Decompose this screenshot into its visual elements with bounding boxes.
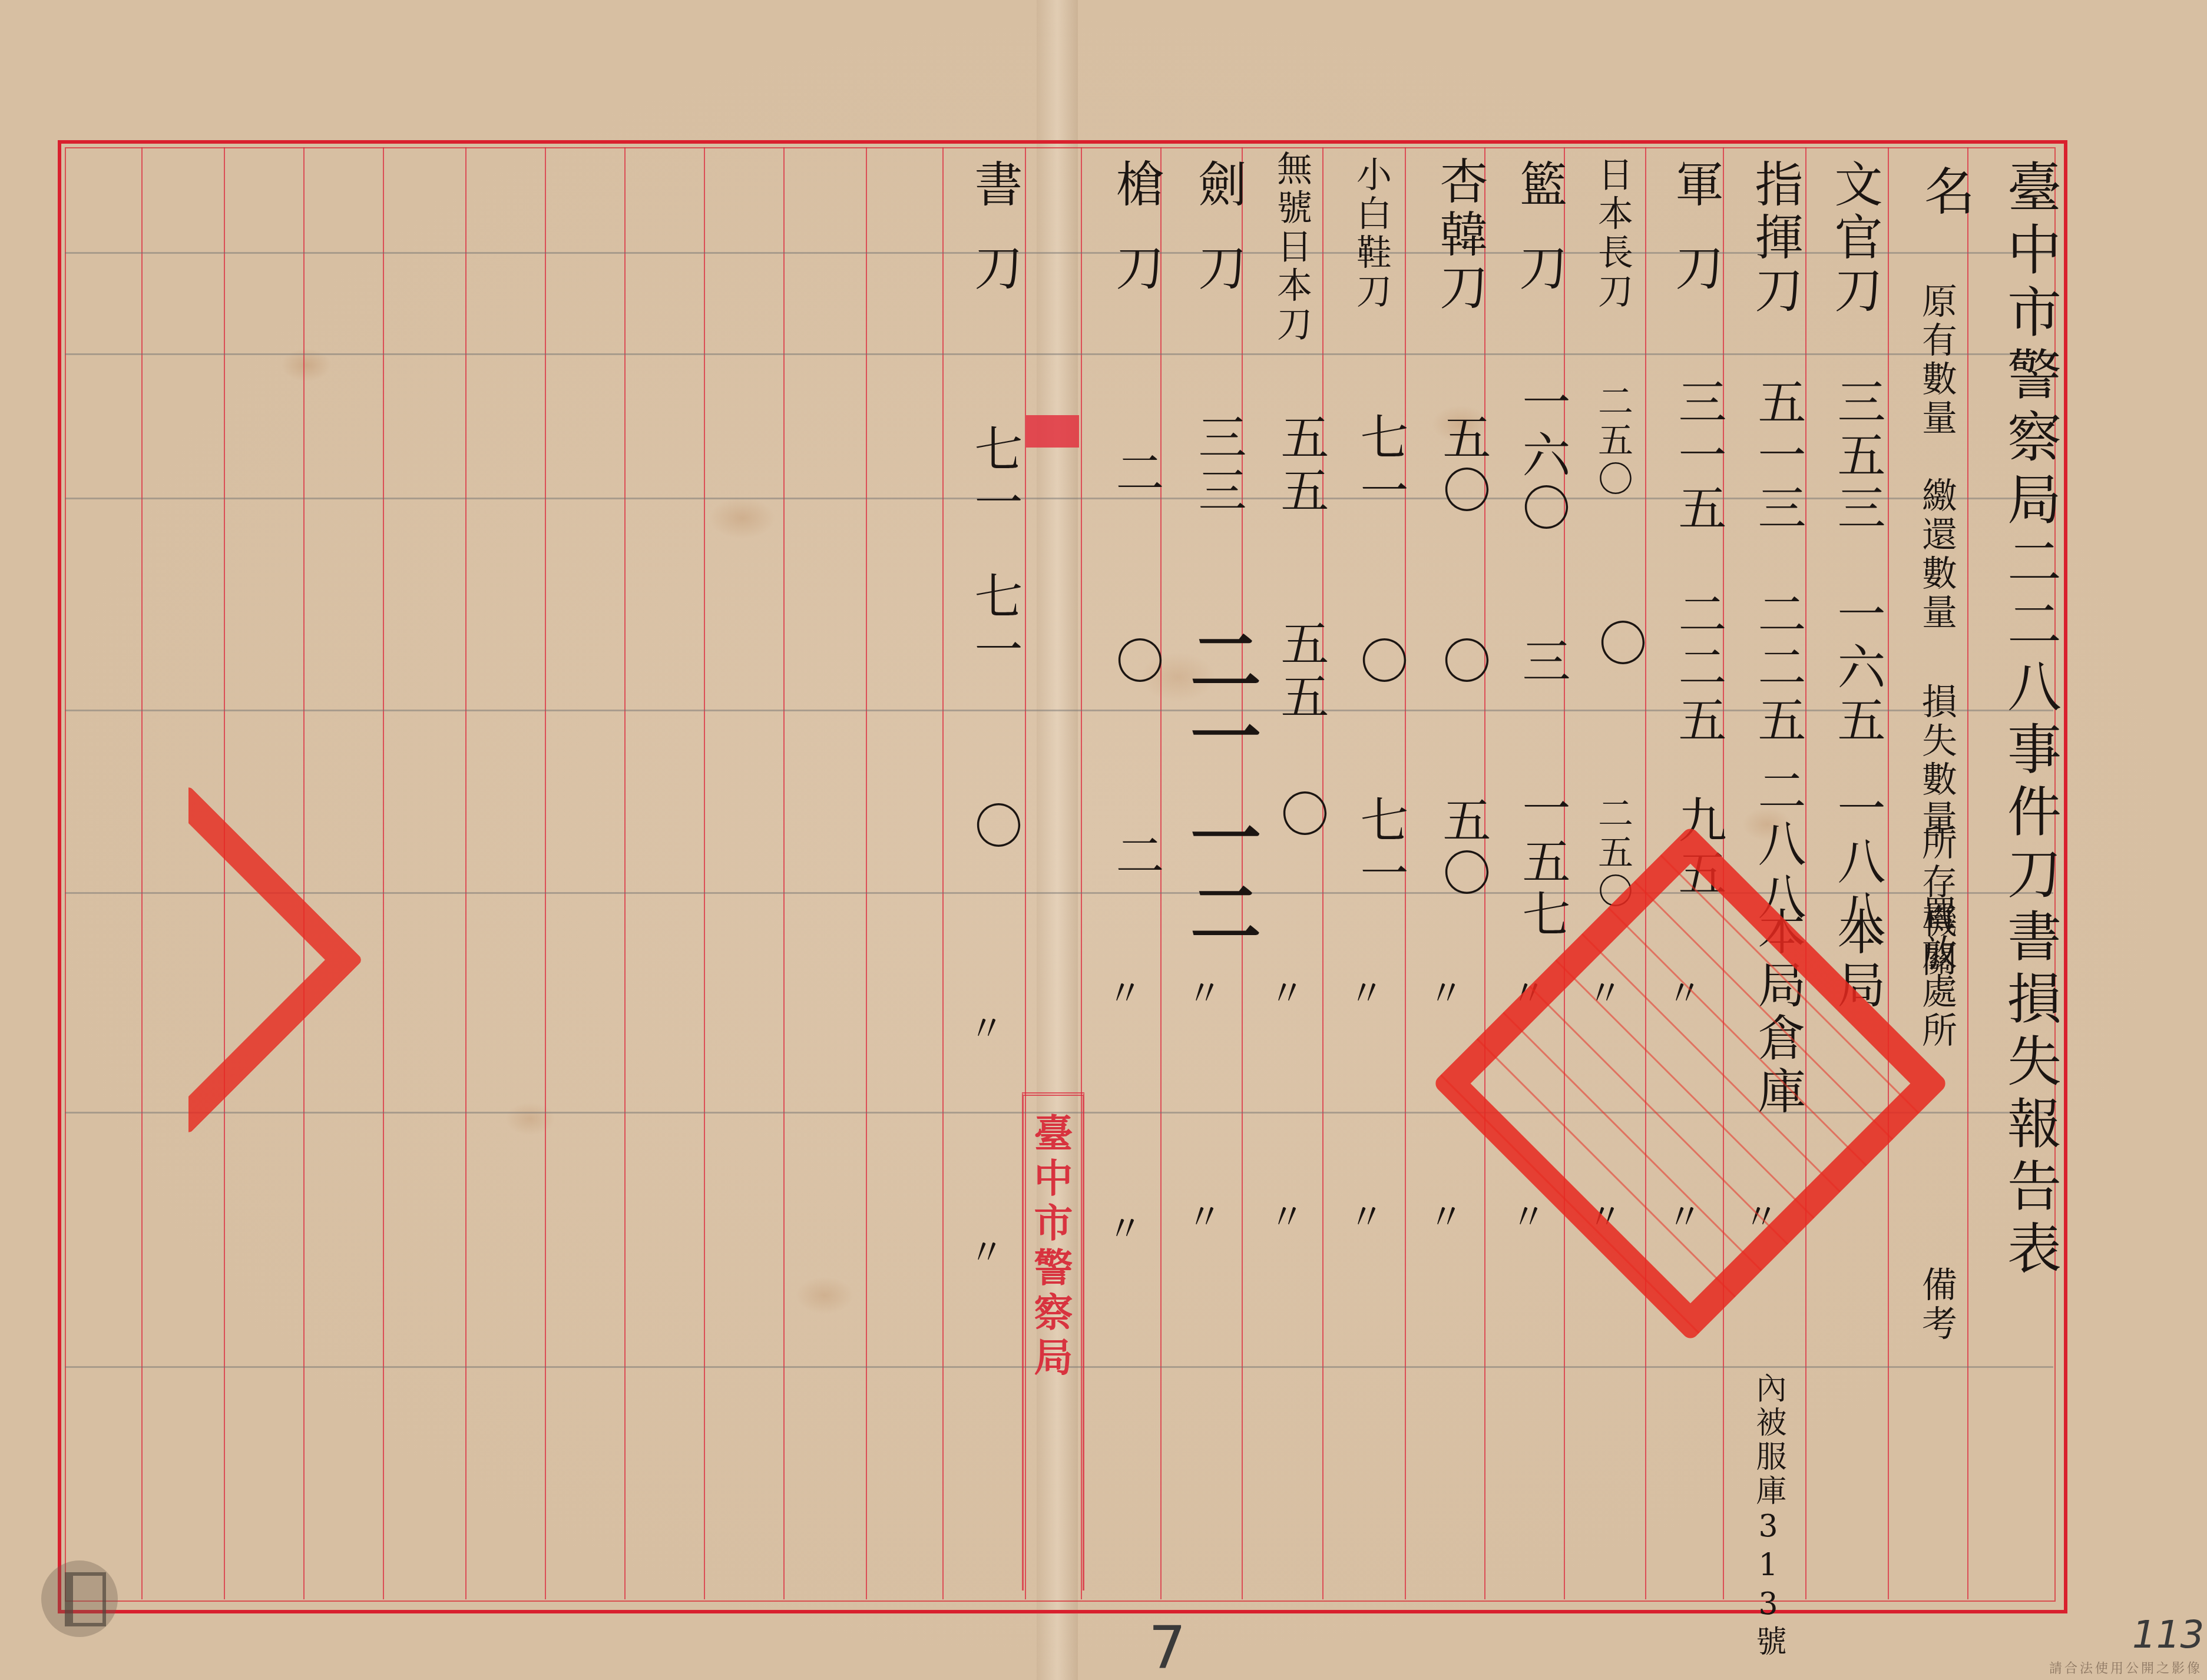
ditto-mark: 〃 [1428, 966, 1464, 1016]
storage-note: 內被服庫313號 [1746, 1372, 1791, 1659]
ditto-mark: 〃 [1349, 1189, 1384, 1240]
ditto-mark: 〃 [969, 1225, 1004, 1275]
row-original: 三三 [1184, 412, 1253, 518]
row-name: 劍刀 [1184, 159, 1253, 326]
row-returned: 〇 [1428, 636, 1497, 689]
row-original: 三五三 [1823, 377, 1892, 536]
row-returned: 二一 [1169, 624, 1270, 775]
column-rule [1322, 147, 1323, 1599]
row-lost: 七一 [1346, 795, 1415, 901]
row-original: 二 [1101, 448, 1170, 501]
header-original-qty: 原有數量 [1911, 283, 1962, 438]
row-returned: 〇 [1101, 636, 1170, 689]
ditto-mark: 〃 [1107, 1201, 1143, 1252]
row-returned: 二二五 [1664, 589, 1733, 748]
row-name: 軍刀 [1661, 159, 1730, 326]
row-original: 五一三 [1743, 377, 1812, 536]
row-original: 三一五 [1664, 377, 1733, 536]
column-rule [624, 147, 626, 1599]
usage-watermark: 請合法使用公開之影像 [2049, 1658, 2202, 1676]
row-original: 二五〇 [1587, 383, 1638, 499]
page-number: 7 [1149, 1613, 1186, 1680]
header-returned-qty: 繳還數量 [1911, 477, 1962, 632]
ditto-mark: 〃 [1349, 966, 1384, 1016]
spine-red-mark [1026, 415, 1079, 448]
row-name: 書刀 [960, 159, 1029, 326]
row-name: 小白鞋刀 [1346, 156, 1397, 312]
row-returned: 七一 [960, 571, 1029, 677]
row-original: 五〇 [1428, 412, 1497, 518]
row-returned: 二二五 [1743, 589, 1812, 748]
column-rule [465, 147, 466, 1599]
row-lost: 一二 [1169, 801, 1270, 952]
ditto-mark: 〃 [969, 1001, 1004, 1052]
ditto-mark: 〃 [1269, 1189, 1305, 1240]
ditto-mark: 〃 [1187, 1189, 1222, 1240]
row-original: 七一 [960, 424, 1029, 530]
row-name: 無號日本刀 [1266, 150, 1317, 344]
row-name: 槍刀 [1101, 159, 1170, 326]
column-rule [704, 147, 705, 1599]
row-name: 杏韓刀 [1425, 156, 1494, 315]
row-name: 文官刀 [1820, 159, 1889, 318]
row-lost: 〇 [1266, 789, 1335, 842]
column-rule [1967, 147, 1968, 1599]
archive-logo [41, 1560, 118, 1637]
ditto-mark: 〃 [1511, 1189, 1546, 1240]
row-name: 指揮刀 [1741, 159, 1809, 318]
ditto-mark: 〃 [1187, 966, 1222, 1016]
ditto-mark: 〃 [1269, 966, 1305, 1016]
header-storage-place: 置放處所 [1911, 895, 1962, 1051]
archive-page-number: 113 [2132, 1613, 2204, 1657]
column-rule [942, 147, 944, 1599]
row-returned: 三 [1508, 636, 1577, 689]
row-lost: 一五七 [1508, 783, 1577, 942]
header-name: 名 [1908, 165, 1981, 233]
ditto-mark: 〃 [1107, 966, 1143, 1016]
document-title: 臺中市警察局二二八事件刀書損失報告表 [1991, 159, 2069, 1283]
row-original: 一六〇 [1508, 377, 1577, 536]
column-rule [866, 147, 867, 1599]
column-rule [783, 147, 785, 1599]
column-rule [303, 147, 305, 1599]
row-returned: 一六五 [1823, 589, 1892, 748]
book-icon [65, 1572, 106, 1626]
row-returned: 〇 [1584, 618, 1653, 671]
row-name: 日本長刀 [1587, 156, 1638, 312]
row-returned: 〇 [1346, 636, 1415, 689]
row-lost: 〇 [960, 801, 1029, 854]
column-rule [383, 147, 384, 1599]
row-original: 五五 [1266, 412, 1335, 518]
column-rule [545, 147, 546, 1599]
column-rule [141, 147, 143, 1599]
row-original: 七一 [1346, 412, 1415, 518]
row-returned: 五五 [1266, 618, 1335, 724]
spine-label: 臺中市警察局 [1025, 1113, 1078, 1381]
row-name: 籃刀 [1505, 159, 1574, 326]
row-rule [65, 353, 2053, 355]
ditto-mark: 〃 [1428, 1189, 1464, 1240]
header-remarks: 備考 [1911, 1266, 1962, 1344]
row-lost: 二 [1101, 830, 1170, 883]
row-lost: 五〇 [1428, 795, 1497, 901]
header-lost-qty: 損失數量 [1911, 683, 1962, 839]
